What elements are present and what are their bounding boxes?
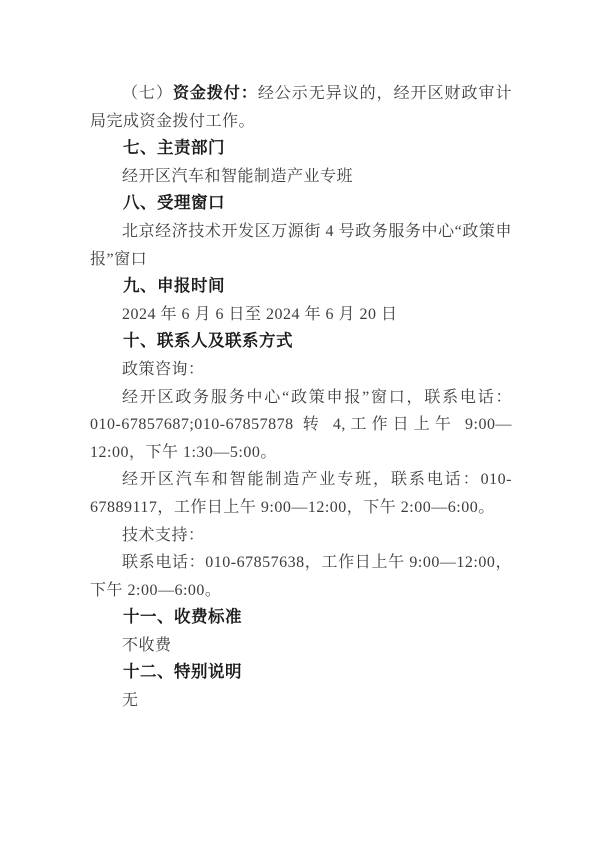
section-heading: 十一、收费标准: [90, 604, 512, 632]
section-heading: 十二、特别说明: [90, 659, 512, 687]
paragraph: 经开区政务服务中心“政策申报”窗口，联系电话：010-67857687;010-…: [90, 384, 512, 467]
paragraph: 联系电话：010-67857638，工作日上午 9:00—12:00，下午 2:…: [90, 549, 512, 604]
paragraph: 不收费: [90, 632, 512, 660]
section-heading: 九、申报时间: [90, 273, 512, 301]
document-page: （七）资金拨付：经公示无异议的，经开区财政审计局完成资金拨付工作。七、主责部门经…: [0, 0, 600, 848]
section-heading: 七、主责部门: [90, 135, 512, 163]
paragraph-segment-bold: 资金拨付：: [173, 85, 258, 102]
paragraph: 技术支持：: [90, 522, 512, 550]
paragraph: 经开区汽车和智能制造产业专班，联系电话：010-67889117，工作日上午 9…: [90, 466, 512, 521]
paragraph: 2024 年 6 月 6 日至 2024 年 6 月 20 日: [90, 301, 512, 329]
paragraph: （七）资金拨付：经公示无异议的，经开区财政审计局完成资金拨付工作。: [90, 80, 512, 135]
paragraph: 无: [90, 687, 512, 715]
paragraph: 经开区汽车和智能制造产业专班: [90, 163, 512, 191]
section-heading: 十、联系人及联系方式: [90, 328, 512, 356]
document-content: （七）资金拨付：经公示无异议的，经开区财政审计局完成资金拨付工作。七、主责部门经…: [90, 80, 512, 715]
section-heading: 八、受理窗口: [90, 190, 512, 218]
paragraph-segment: （七）: [122, 85, 173, 102]
paragraph: 政策咨询：: [90, 356, 512, 384]
paragraph: 北京经济技术开发区万源街 4 号政务服务中心“政策申报”窗口: [90, 218, 512, 273]
